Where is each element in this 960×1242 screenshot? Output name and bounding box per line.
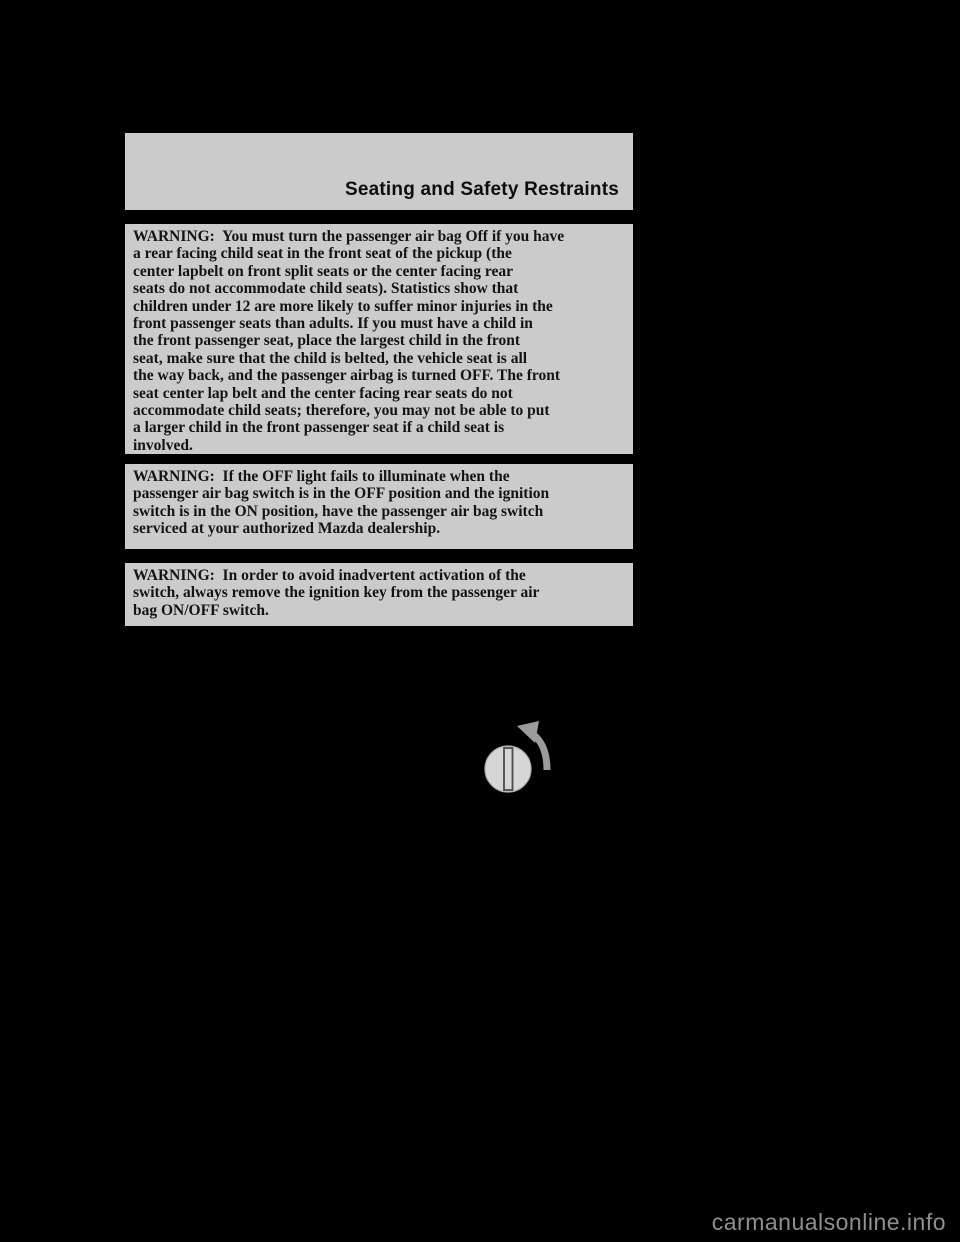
warning-text: WARNING: If the OFF light fails to illum… [133,468,627,538]
warning-box-off-light: WARNING: If the OFF light fails to illum… [125,464,633,549]
airbag-onoff-switch-dial-graphic [450,712,570,812]
warning-box-child-seat-airbag: WARNING: You must turn the passenger air… [125,224,633,454]
manual-page: Seating and Safety Restraints WARNING: Y… [0,0,960,1242]
page-title: Seating and Safety Restraints [345,179,619,201]
warning-text: WARNING: In order to avoid inadvertent a… [133,567,627,619]
rotation-arrow-tail [534,735,547,770]
watermark: carmanualsonline.info [712,1209,946,1236]
warning-text: WARNING: You must turn the passenger air… [133,228,627,454]
warning-box-remove-key: WARNING: In order to avoid inadvertent a… [125,563,633,626]
airbag-onoff-switch-dial-icon [450,712,570,812]
section-header: Seating and Safety Restraints [125,133,633,210]
key-slot [504,748,513,790]
